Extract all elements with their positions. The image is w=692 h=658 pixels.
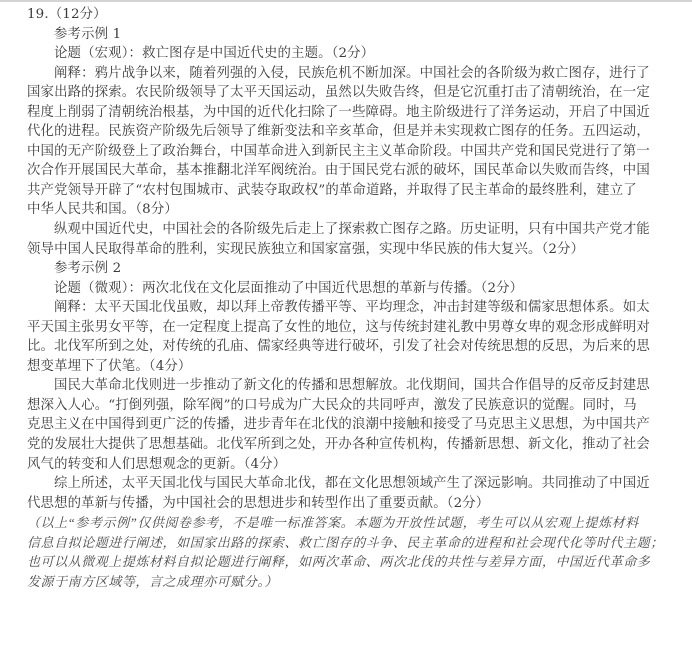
example-1-explanation: 阐释：鸦片战争以来，随着列强的入侵，民族危机不断加深。中国社会的各阶级为救亡图存… bbox=[27, 64, 637, 220]
text-line: 阐释：太平天国北伐虽败，却以拜上帝教传播平等、平均理念，冲击封建等级和儒家思想体… bbox=[27, 298, 637, 318]
text-line: 共产党领导开辟了“农村包围城市、武装夺取政权”的革命道路，并取得了民主革命的最终… bbox=[27, 181, 637, 201]
grading-note: （以上“参考示例”仅供阅卷参考，不是唯一标准答案。本题为开放性试题，考生可以从宏… bbox=[27, 513, 637, 591]
text-line: 风气的转变和人们思想观念的更新。（4分） bbox=[27, 455, 637, 475]
text-line: 中华人民共和国。（8分） bbox=[27, 200, 637, 220]
text-line: 程度上削弱了清朝统治根基，为中国的近代化扫除了一些障碍。地主阶级进行了洋务运动，… bbox=[27, 103, 637, 123]
answer-document: 19.（12分） 参考示例 1 论题（宏观）：救亡图存是中国近代史的主题。（2分… bbox=[27, 5, 637, 591]
example-1-heading: 参考示例 1 bbox=[27, 25, 637, 45]
example-1-conclusion: 纵观中国近代史，中国社会的各阶级先后走上了探索救亡图存之路。历史证明，只有中国共… bbox=[27, 220, 637, 259]
question-number: 19.（12分） bbox=[27, 5, 637, 25]
text-line: 阐释：鸦片战争以来，随着列强的入侵，民族危机不断加深。中国社会的各阶级为救亡图存… bbox=[27, 64, 637, 84]
text-line: 党的发展壮大提供了思想基础。北伐军所到之处，开办各种宣传机构，传播新思想、新文化… bbox=[27, 435, 637, 455]
example-1-thesis: 论题（宏观）：救亡图存是中国近代史的主题。（2分） bbox=[27, 44, 637, 64]
text-line: 次合作开展国民大革命，基本推翻北洋军阀统治。由于国民党右派的破坏，国民革命以失败… bbox=[27, 161, 637, 181]
text-line: 发源于南方区域等，言之成理亦可赋分。） bbox=[27, 572, 637, 592]
example-2: 参考示例 2 论题（微观）：两次北伐在文化层面推动了中国近代思想的革新与传播。（… bbox=[27, 259, 637, 513]
text-line: 国民大革命北伐则进一步推动了新文化的传播和思想解放。北伐期间，国共合作倡导的反帝… bbox=[27, 376, 637, 396]
text-line: 信息自拟论题进行阐述，如国家出路的探索、救亡图存的斗争、民主革命的进程和社会现代… bbox=[27, 533, 637, 553]
text-line: 领导中国人民取得革命的胜利，实现民族独立和国家富强，实现中华民族的伟大复兴。（2… bbox=[27, 240, 637, 260]
example-2-thesis: 论题（微观）：两次北伐在文化层面推动了中国近代思想的革新与传播。（2分） bbox=[27, 279, 637, 299]
text-line: 也可以从微观上提炼材料自拟论题进行阐释，如两次革命、两次北伐的共性与差异方面，中… bbox=[27, 552, 637, 572]
example-2-conclusion: 综上所述，太平天国北伐与国民大革命北伐，都在文化思想领域产生了深远影响。共同推动… bbox=[27, 474, 637, 513]
text-line: （以上“参考示例”仅供阅卷参考，不是唯一标准答案。本题为开放性试题，考生可以从宏… bbox=[27, 513, 637, 533]
text-line: 平天国主张男女平等，在一定程度上提高了女性的地位，这与传统封建礼教中男尊女卑的观… bbox=[27, 318, 637, 338]
text-line: 国家出路的探索。农民阶级领导了太平天国运动，虽然以失败告终，但是它沉重打击了清朝… bbox=[27, 83, 637, 103]
text-line: 代思想的革新与传播，为中国社会的思想进步和转型作出了重要贡献。（2分） bbox=[27, 494, 637, 514]
text-line: 综上所述，太平天国北伐与国民大革命北伐，都在文化思想领域产生了深远影响。共同推动… bbox=[27, 474, 637, 494]
example-2-explanation-1: 阐释：太平天国北伐虽败，却以拜上帝教传播平等、平均理念，冲击封建等级和儒家思想体… bbox=[27, 298, 637, 376]
example-2-heading: 参考示例 2 bbox=[27, 259, 637, 279]
text-line: 克思主义在中国得到更广泛的传播，进步青年在北伐的浪潮中接触和接受了马克思主义思想… bbox=[27, 415, 637, 435]
example-1: 参考示例 1 论题（宏观）：救亡图存是中国近代史的主题。（2分） 阐释：鸦片战争… bbox=[27, 25, 637, 260]
text-line: 纵观中国近代史，中国社会的各阶级先后走上了探索救亡图存之路。历史证明，只有中国共… bbox=[27, 220, 637, 240]
example-2-explanation-2: 国民大革命北伐则进一步推动了新文化的传播和思想解放。北伐期间，国共合作倡导的反帝… bbox=[27, 376, 637, 474]
text-line: 代化的进程。民族资产阶级先后领导了维新变法和辛亥革命，但是并未实现救亡图存的任务… bbox=[27, 122, 637, 142]
text-line: 比。北伐军所到之处，对传统的孔庙、儒家经典等进行破坏，引发了社会对传统思想的反思… bbox=[27, 337, 637, 357]
top-border-line bbox=[0, 0, 692, 2]
text-line: 想变革埋下了伏笔。（4分） bbox=[27, 357, 637, 377]
text-line: 中国的无产阶级登上了政治舞台，中国革命进入到新民主主义革命阶段。中国共产党和国民… bbox=[27, 142, 637, 162]
text-line: 想深入人心。“打倒列强，除军阀”的口号成为广大民众的共同呼声，激发了民族意识的觉… bbox=[27, 396, 637, 416]
